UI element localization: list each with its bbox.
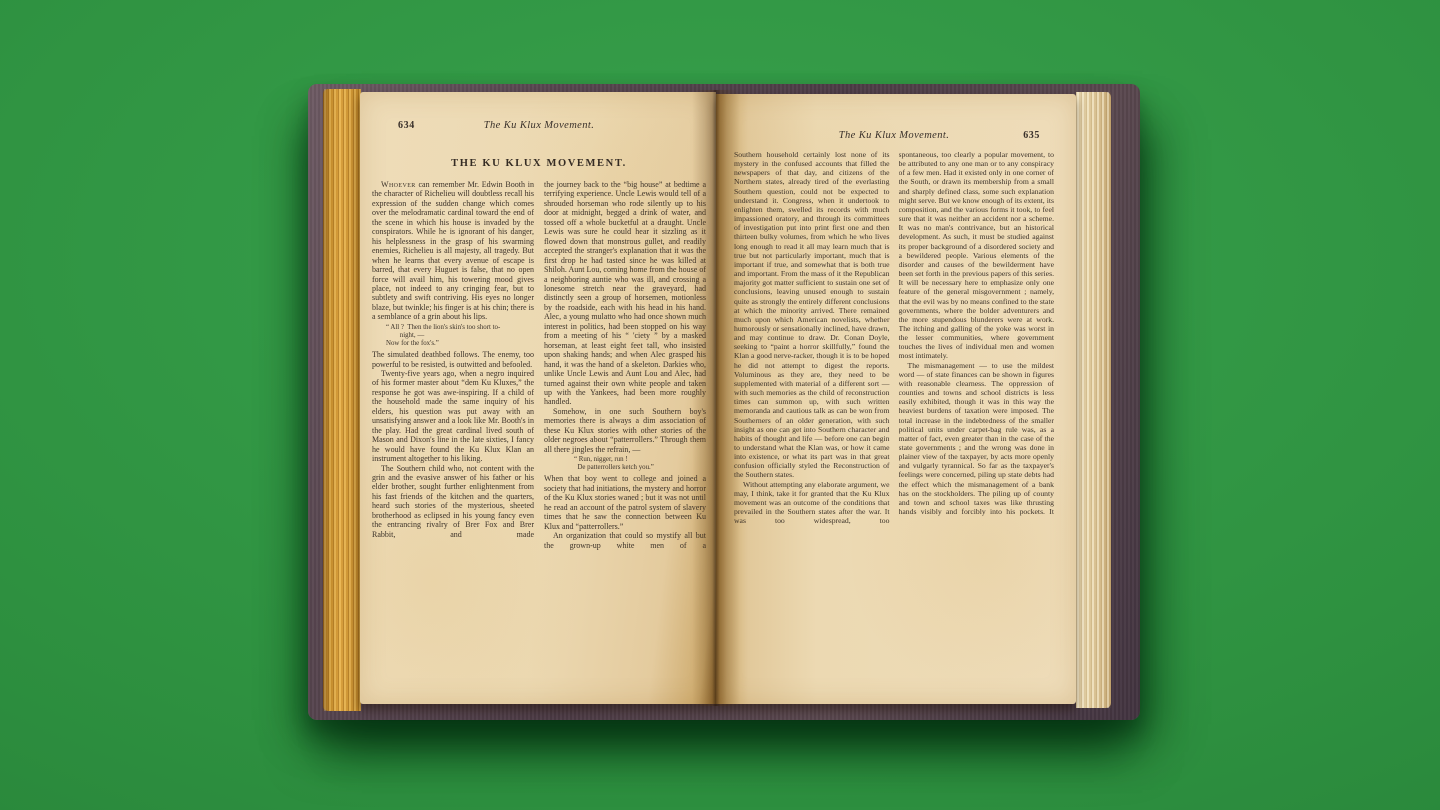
right-page-column-2: spontaneous, too clearly a popular movem…: [899, 150, 1055, 666]
left-page-column-2: the journey back to the “big house” at b…: [544, 180, 706, 650]
paragraph: the journey back to the “big house” at b…: [544, 180, 706, 407]
page-number-left: 634: [398, 120, 415, 131]
page-edges-left: [323, 89, 361, 711]
photo-background: 634 The Ku Klux Movement. THE KU KLUX MO…: [0, 0, 1440, 810]
left-page: 634 The Ku Klux Movement. THE KU KLUX MO…: [360, 92, 716, 704]
paragraph: “ Run, nigger, run ! De patterrollers ke…: [574, 456, 706, 472]
paragraph: When that boy went to college and joined…: [544, 474, 706, 531]
right-page-column-1: Southern household certainly lost none o…: [734, 150, 890, 666]
left-page-header: 634 The Ku Klux Movement.: [372, 120, 706, 131]
running-header-right: The Ku Klux Movement.: [839, 130, 949, 141]
right-page-columns: Southern household certainly lost none o…: [734, 150, 1054, 666]
left-page-column-1: Whoever can remember Mr. Edwin Booth in …: [372, 180, 534, 650]
left-page-columns: Whoever can remember Mr. Edwin Booth in …: [372, 180, 706, 650]
article-title: THE KU KLUX MOVEMENT.: [372, 158, 706, 169]
paragraph: The mismanagement — to use the mildest w…: [899, 361, 1055, 517]
paragraph: The Southern child who, not content with…: [372, 464, 534, 540]
right-page: The Ku Klux Movement. 635 Southern house…: [716, 94, 1076, 704]
paragraph: Twenty-five years ago, when a negro inqu…: [372, 369, 534, 464]
paragraph: “ All ? Then the lion's skin's too short…: [386, 324, 534, 348]
running-header-left: The Ku Klux Movement.: [484, 120, 594, 131]
paragraph: Whoever can remember Mr. Edwin Booth in …: [372, 180, 534, 322]
page-number-right: 635: [1023, 130, 1040, 141]
paragraph: Southern household certainly lost none o…: [734, 150, 890, 480]
right-page-header: The Ku Klux Movement. 635: [734, 130, 1054, 141]
paragraph: Without attempting any elaborate argumen…: [734, 480, 890, 526]
paragraph: Somehow, in one such Southern boy's memo…: [544, 407, 706, 454]
paragraph: spontaneous, too clearly a popular movem…: [899, 150, 1055, 361]
open-book: 634 The Ku Klux Movement. THE KU KLUX MO…: [308, 84, 1140, 720]
page-edges-right: [1076, 92, 1111, 708]
paragraph: The simulated deathbed follows. The enem…: [372, 350, 534, 369]
small-caps-lead: Whoever: [381, 180, 416, 189]
paragraph: An organization that could so mystify al…: [544, 531, 706, 550]
